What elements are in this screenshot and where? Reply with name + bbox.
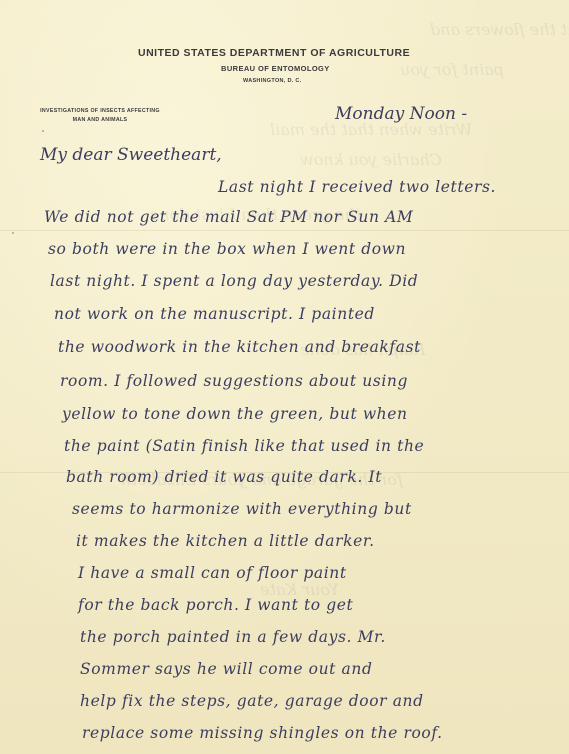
- letter-line: We did not get the mail Sat PM nor Sun A…: [44, 208, 413, 226]
- letter-line: the woodwork in the kitchen and breakfas…: [58, 338, 421, 356]
- division-line-1: INVESTIGATIONS OF INSECTS AFFECTING: [30, 107, 170, 116]
- letter-line: room. I followed suggestions about using: [60, 372, 408, 390]
- letter-line: the paint (Satin finish like that used i…: [64, 437, 424, 455]
- letter-line: seems to harmonize with everything but: [72, 500, 412, 518]
- letter-line: the porch painted in a few days. Mr.: [80, 628, 386, 646]
- letter-line: so both were in the box when I went down: [48, 240, 406, 258]
- division-heading: INVESTIGATIONS OF INSECTS AFFECTING MAN …: [30, 107, 170, 125]
- paper-speck: [12, 232, 14, 234]
- bleed-through-text: paint for you: [400, 60, 504, 79]
- division-line-2: MAN AND ANIMALS: [30, 116, 170, 125]
- letter-line: help fix the steps, gate, garage door an…: [80, 692, 424, 710]
- letter-line: Last night I received two letters.: [218, 178, 496, 196]
- letter-line: Sommer says he will come out and: [80, 660, 372, 678]
- letter-line: last night. I spent a long day yesterday…: [50, 272, 418, 290]
- letter-line: bath room) dried it was quite dark. It: [66, 468, 382, 486]
- letter-line: not work on the manuscript. I painted: [54, 305, 375, 323]
- letter-line: I have a small can of floor paint: [78, 564, 347, 582]
- bureau-name: BUREAU OF ENTOMOLOGY: [221, 64, 330, 73]
- letter-line: it makes the kitchen a little darker.: [76, 532, 375, 550]
- paper-fold-line: [0, 230, 569, 231]
- paper-speck: [42, 130, 44, 132]
- bleed-through-text: Charlie you know: [300, 150, 442, 169]
- bleed-through-text: J want the flowers and: [430, 20, 569, 39]
- letter-line: replace some missing shingles on the roo…: [82, 724, 443, 742]
- dateline: Monday Noon -: [335, 104, 467, 124]
- letter-line: yellow to tone down the green, but when: [62, 405, 408, 423]
- department-name: UNITED STATES DEPARTMENT OF AGRICULTURE: [138, 47, 410, 59]
- letter-page: J want the flowers and paint for you Wri…: [0, 0, 569, 754]
- office-location: WASHINGTON, D. C.: [243, 78, 301, 84]
- salutation: My dear Sweetheart,: [40, 145, 222, 165]
- letter-line: for the back porch. I want to get: [78, 596, 353, 614]
